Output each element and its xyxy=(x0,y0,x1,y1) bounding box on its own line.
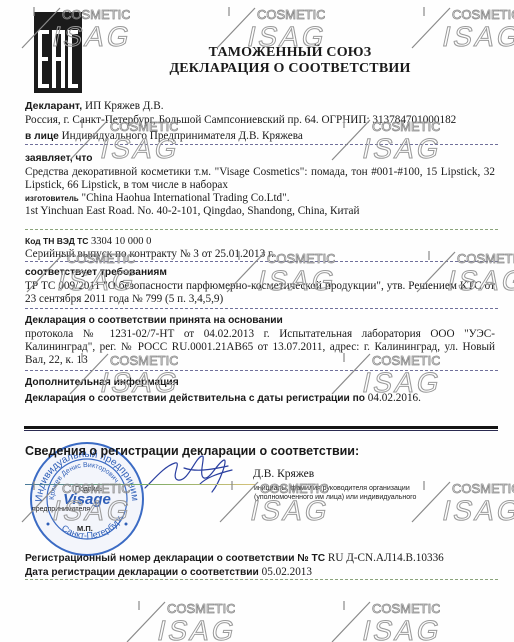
seal-place-label: М.П. xyxy=(77,524,93,533)
divider xyxy=(25,308,498,309)
signature-label: Подпись xyxy=(75,486,103,493)
signer-caption: инициалы, фамилия руководителя организац… xyxy=(254,484,454,502)
declarant-address: Россия, г. Санкт-Петербург, Большой Самп… xyxy=(25,114,495,127)
additional-label: Дополнительная информация xyxy=(25,377,179,388)
validity-label: Декларация о соответствии действительна … xyxy=(25,393,365,404)
manufacturer-address: 1st Yinchuan East Road. No. 40-2-101, Qi… xyxy=(25,205,495,218)
svg-text:ISAGE: ISAGE xyxy=(360,614,440,642)
visage-watermark-icon: COSMETICS ISAGE xyxy=(125,598,235,642)
tnved-label: Код ТН ВЭД ТС xyxy=(25,235,91,248)
signer-name: Д.В. Кряжев xyxy=(253,468,314,480)
requirements-text: ТР ТС 009/2011 "О безопасности парфюмерн… xyxy=(25,280,495,306)
requirements-label: соответствует требованиям xyxy=(25,267,167,278)
requirements-label-line: соответствует требованиям xyxy=(25,266,495,279)
svg-text:COSMETICS: COSMETICS xyxy=(167,601,235,616)
registration-heading: Сведения о регистрации декларации о соот… xyxy=(25,445,495,458)
represented-by-line: в лице Индивидуального Предпринимателя Д… xyxy=(25,130,495,143)
declares-label: заявляет, что xyxy=(25,153,93,164)
manufacturer-name: "China Haohua International Trading Co.L… xyxy=(79,192,290,204)
divider xyxy=(25,370,498,371)
manufacturer-label: изготовитель xyxy=(25,194,79,203)
svg-text:COSMETICS: COSMETICS xyxy=(452,481,514,496)
represented-label: в лице xyxy=(25,131,59,142)
validity-date: 04.02.2016. xyxy=(365,392,421,404)
additional-label-line: Дополнительная информация xyxy=(25,376,495,389)
section-rule xyxy=(24,426,498,431)
declarant-line: Декларант, ИП Кряжев Д.В. xyxy=(25,100,495,113)
declaration-document: ТАМОЖЕННЫЙ СОЮЗ ДЕКЛАРАЦИЯ О СООТВЕТСТВИ… xyxy=(0,0,514,642)
registration-date-label: Дата регистрации декларации о соответств… xyxy=(25,567,259,578)
declares-label-line: заявляет, что xyxy=(25,152,495,165)
visage-watermark-icon: COSMETICS ISAGE xyxy=(330,598,440,642)
divider xyxy=(25,579,498,580)
entrepreneur-label: предпринимателя xyxy=(32,506,90,513)
represented-value: Индивидуального Предпринимателя Д.В. Кря… xyxy=(59,130,303,142)
registration-number-value: RU Д-CN.АЛ14.В.10336 xyxy=(325,552,444,564)
declarant-label: Декларант, xyxy=(25,100,82,112)
svg-text:ISAGE: ISAGE xyxy=(155,614,235,642)
tnved-line: Код ТН ВЭД ТС3304 10 000 0 xyxy=(25,235,495,248)
svg-text:COSMETICS: COSMETICS xyxy=(452,7,514,22)
basis-label-line: Декларация о соответствии принята на осн… xyxy=(25,314,495,327)
title-declaration: ДЕКЛАРАЦИЯ О СООТВЕТСТВИИ xyxy=(140,61,440,77)
registration-number-label: Регистрационный номер декларации о соотв… xyxy=(25,553,325,564)
divider xyxy=(25,144,498,145)
svg-text:COSMETICS: COSMETICS xyxy=(257,7,325,22)
registration-date-line: Дата регистрации декларации о соответств… xyxy=(25,566,495,579)
svg-text:ISAGE: ISAGE xyxy=(440,20,514,52)
product-description: Средства декоративной косметики т.м. "Vi… xyxy=(25,166,495,192)
title-customs-union: ТАМОЖЕННЫЙ СОЮЗ xyxy=(140,45,440,61)
serial-release: Серийный выпуск по контракту № 3 от 25.0… xyxy=(25,248,495,261)
validity-line: Декларация о соответствии действительна … xyxy=(25,392,495,405)
basis-label: Декларация о соответствии принята на осн… xyxy=(25,315,283,326)
manufacturer-line: изготовитель "China Haohua International… xyxy=(25,192,495,205)
basis-text: протокола № 1231-02/7-НТ от 04.02.2013 г… xyxy=(25,328,495,367)
svg-text:COSMETICS: COSMETICS xyxy=(372,601,440,616)
divider xyxy=(25,261,498,262)
declarant-name: ИП Кряжев Д.В. xyxy=(82,100,163,112)
registration-number-line: Регистрационный номер декларации о соотв… xyxy=(25,552,495,565)
eac-logo-icon xyxy=(34,12,82,93)
registration-date-value: 05.02.2013 xyxy=(259,566,312,578)
signature-line xyxy=(25,484,255,485)
divider xyxy=(25,229,498,230)
document-title: ТАМОЖЕННЫЙ СОЮЗ ДЕКЛАРАЦИЯ О СООТВЕТСТВИ… xyxy=(140,45,440,77)
tnved-value: 3304 10 000 0 xyxy=(91,236,151,247)
